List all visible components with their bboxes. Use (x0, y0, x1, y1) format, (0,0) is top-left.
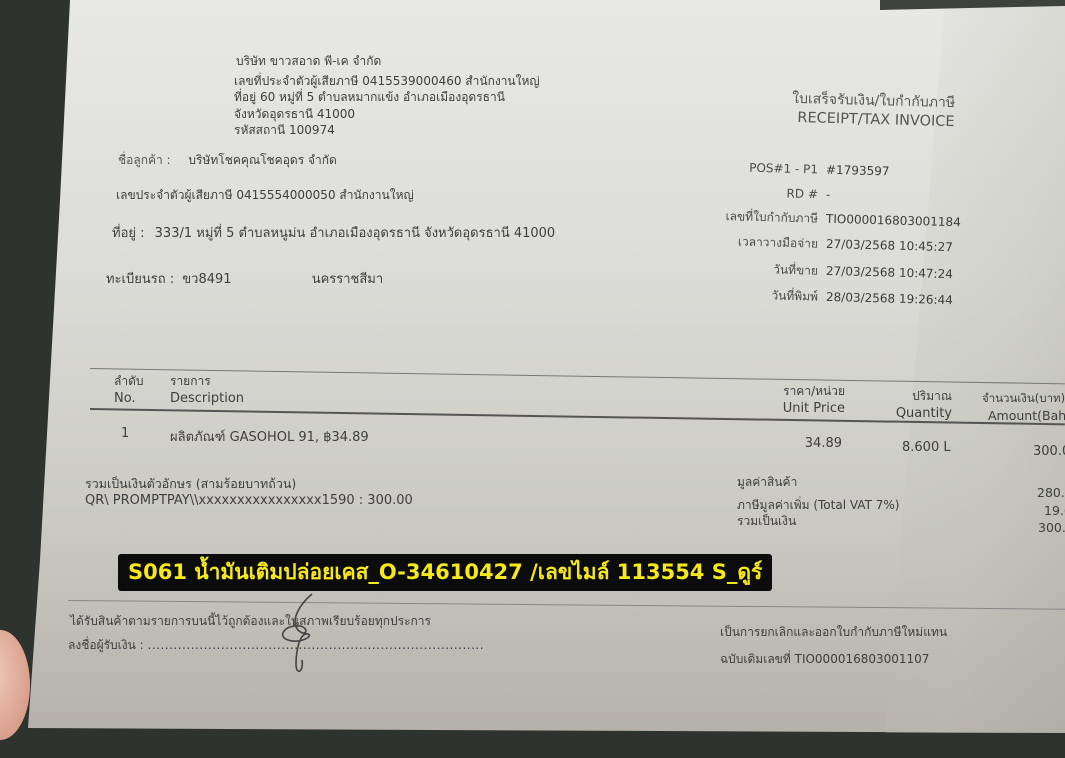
col-header-no-th: ลำดับ (114, 373, 144, 390)
col-header-desc-en: Description (170, 390, 244, 407)
col-header-description: รายการ Description (170, 373, 244, 407)
customer-name-label: ชื่อลูกค้า : (118, 153, 171, 167)
row-description: ผลิตภัณฑ์ GASOHOL 91, ฿34.89 (170, 426, 369, 447)
received-statement: ได้รับสินค้าตามรายการบนนี้ไว้ถูกต้องและใ… (70, 612, 431, 631)
col-header-no: ลำดับ No. (114, 373, 144, 407)
vehicle-plate-row: ทะเบียนรถ : ขว8491 นครราชสีมา (106, 268, 383, 289)
document-title: ใบเสร็จรับเงิน/ใบกำกับภาษี RECEIPT/TAX I… (792, 90, 956, 132)
vehicle-plate-label: ทะเบียนรถ : (106, 272, 174, 287)
sale-time-label: วันที่ขาย (708, 259, 818, 281)
vehicle-plate: ขว8491 (182, 272, 231, 287)
customer-address-label: ที่อยู่ : (112, 226, 145, 241)
col-header-price-en: Unit Price (770, 400, 845, 417)
rd-value: - (826, 187, 831, 201)
finger (0, 630, 30, 740)
subtotal-value: 280.37 (1037, 485, 1065, 500)
seller-branch: รหัสสถานี 100974 (234, 122, 540, 139)
seller-address-2: จังหวัดอุดรธานี 41000 (234, 106, 540, 123)
total-label: รวมเป็นเงิน (737, 512, 796, 531)
vehicle-plate-province: นครราชสีมา (312, 272, 383, 287)
row-unit-price: 34.89 (780, 436, 842, 451)
row-amount: 300.00 (1033, 444, 1065, 459)
signature-mark (270, 590, 330, 680)
cancel-statement: เป็นการยกเลิกและออกใบกำกับภาษีใหม่แทน (720, 623, 947, 642)
invoice-number-label: เลขที่ใบกำกับภาษี (708, 207, 818, 229)
subtotal-label: มูลค่าสินค้า (737, 473, 797, 492)
col-header-amount-th: จำนวนเงิน(บาท) (982, 390, 1065, 407)
sale-time: 27/03/2568 10:47:24 (826, 264, 953, 281)
customer-tax-id: เลขประจำตัวผู้เสียภาษี 0415554000050 สำน… (116, 186, 414, 205)
signature-label: ลงชื่อผู้รับเงิน : (68, 638, 144, 652)
customer-name: บริษัทโชคคุณโชคอุดร จำกัด (188, 153, 336, 167)
vat-value: 19.63 (1044, 503, 1065, 518)
dispense-time-label: เวลาวางมือจ่าย (708, 232, 818, 254)
row-no: 1 (121, 426, 129, 441)
col-header-quantity: ปริมาณ Quantity (890, 388, 952, 422)
col-header-qty-th: ปริมาณ (890, 388, 952, 405)
seller-company: บริษัท ขาวสอาด พี-เค จำกัด (236, 53, 540, 70)
print-time: 28/03/2568 19:26:44 (826, 290, 953, 307)
original-invoice-label: ฉบับเดิมเลขที่ (720, 652, 791, 666)
original-invoice-row: ฉบับเดิมเลขที่ TIO000016803001107 (720, 650, 929, 669)
original-invoice-number: TIO000016803001107 (795, 652, 930, 666)
print-time-label: วันที่พิมพ์ (708, 285, 818, 307)
customer-name-row: ชื่อลูกค้า : บริษัทโชคคุณโชคอุดร จำกัด (118, 151, 337, 170)
pos-number: #1793597 (826, 163, 890, 179)
total-value: 300.00 (1038, 520, 1065, 535)
invoice-number: TIO000016803001184 (826, 212, 961, 230)
customer-address-row: ที่อยู่ : 333/1 หมู่ที่ 5 ตำบลหนูม่น อำเ… (112, 222, 555, 243)
row-quantity: 8.600 L (902, 440, 951, 455)
dispense-time: 27/03/2568 10:45:27 (826, 237, 953, 254)
col-header-no-en: No. (114, 390, 144, 407)
seller-block: บริษัท ขาวสอาด พี-เค จำกัด เลขที่ประจำตั… (234, 53, 540, 139)
col-header-unit-price: ราคา/หน่วย Unit Price (770, 383, 845, 417)
customer-address: 333/1 หมู่ที่ 5 ตำบลหนูม่น อำเภอเมืองอุด… (155, 226, 556, 241)
col-header-price-th: ราคา/หน่วย (770, 383, 845, 400)
col-header-desc-th: รายการ (170, 373, 244, 390)
caption-overlay: S061 น้ำมันเติมปล่อยเคส_O-34610427 /เลขไ… (118, 554, 772, 591)
payment-line: QR\ PROMPTPAY\\xxxxxxxxxxxxxxxx1590 : 30… (85, 493, 413, 508)
col-header-amount: จำนวนเงิน(บาท) Amount(Baht) (982, 390, 1065, 424)
seller-tax-id: เลขที่ประจำตัวผู้เสียภาษี 0415539000460 … (234, 73, 540, 90)
rd-label: RD # (708, 184, 818, 201)
pos-label: POS#1 - P1 (708, 160, 818, 177)
seller-address-1: ที่อยู่ 60 หมู่ที่ 5 ตำบลหมากแข้ง อำเภอเ… (234, 89, 540, 106)
col-header-qty-en: Quantity (890, 405, 952, 422)
amount-in-words: รวมเป็นเงินตัวอักษร (สามร้อยบาทถ้วน) (85, 474, 296, 494)
